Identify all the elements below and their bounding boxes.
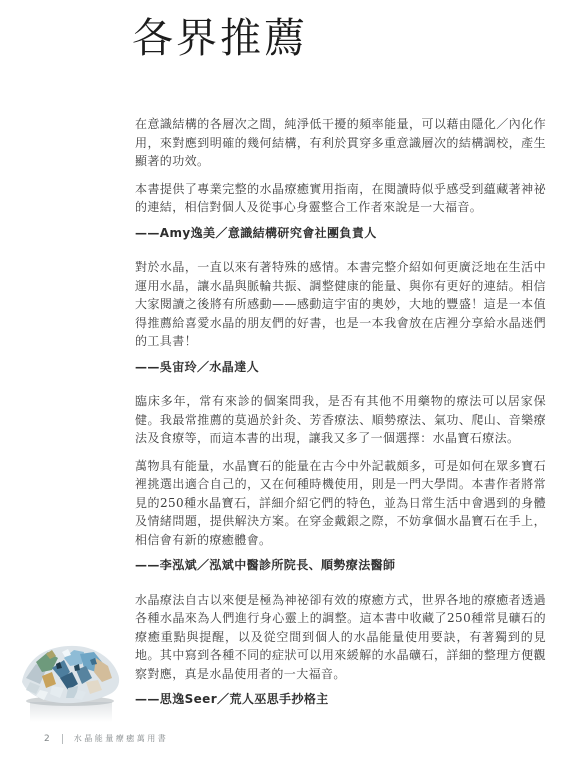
testimonial-paragraph: 對於水晶，一直以來有著特殊的感情。本書完整介紹如何更廣泛地在生活中運用水晶，讓水… <box>135 258 546 351</box>
book-page: 各界推薦 在意識結構的各層次之間，純淨低干擾的頻率能量，可以藉由隱化／內化作用，… <box>0 0 568 765</box>
blue-crystal-cluster-photo <box>16 642 124 734</box>
testimonial-author: ——李泓斌／泓斌中醫診所院長、順勢療法醫師 <box>135 556 546 575</box>
testimonial-paragraph: 在意識結構的各層次之間，純淨低干擾的頻率能量，可以藉由隱化／內化作用，來對應到明… <box>135 115 546 171</box>
testimonial-paragraph: 萬物具有能量，水晶寶石的能量在古今中外記載頗多，可是如何在眾多寶石裡挑選出適合自… <box>135 457 546 550</box>
testimonial-author: ——吳宙玲／水晶達人 <box>135 358 546 377</box>
footer-divider-line <box>62 734 63 744</box>
page-title: 各界推薦 <box>132 16 308 61</box>
testimonial-author: ——思逸Seer／荒人巫思手抄格主 <box>135 690 546 709</box>
footer-book-title: 水晶能量療癒萬用書 <box>74 733 169 744</box>
testimonial-author: ——Amy逸美／意識結構研究會社團負責人 <box>135 224 546 243</box>
testimonial-paragraph: 水晶療法自古以來便是極為神祕卻有效的療癒方式，世界各地的療癒者透過各種水晶來為人… <box>135 591 546 684</box>
testimonials-section: 在意識結構的各層次之間，純淨低干擾的頻率能量，可以藉由隱化／內化作用，來對應到明… <box>135 115 546 725</box>
testimonial-paragraph: 本書提供了專業完整的水晶療癒實用指南，在閱讀時似乎感受到蘊藏著神祕的連結，相信對… <box>135 180 546 217</box>
page-number: 2 <box>44 734 51 744</box>
page-footer: 2 水晶能量療癒萬用書 <box>44 733 168 744</box>
testimonial-paragraph: 臨床多年，常有來診的個案問我，是否有其他不用藥物的療法可以居家保健。我最常推薦的… <box>135 392 546 448</box>
crystal-illustration <box>16 642 124 734</box>
